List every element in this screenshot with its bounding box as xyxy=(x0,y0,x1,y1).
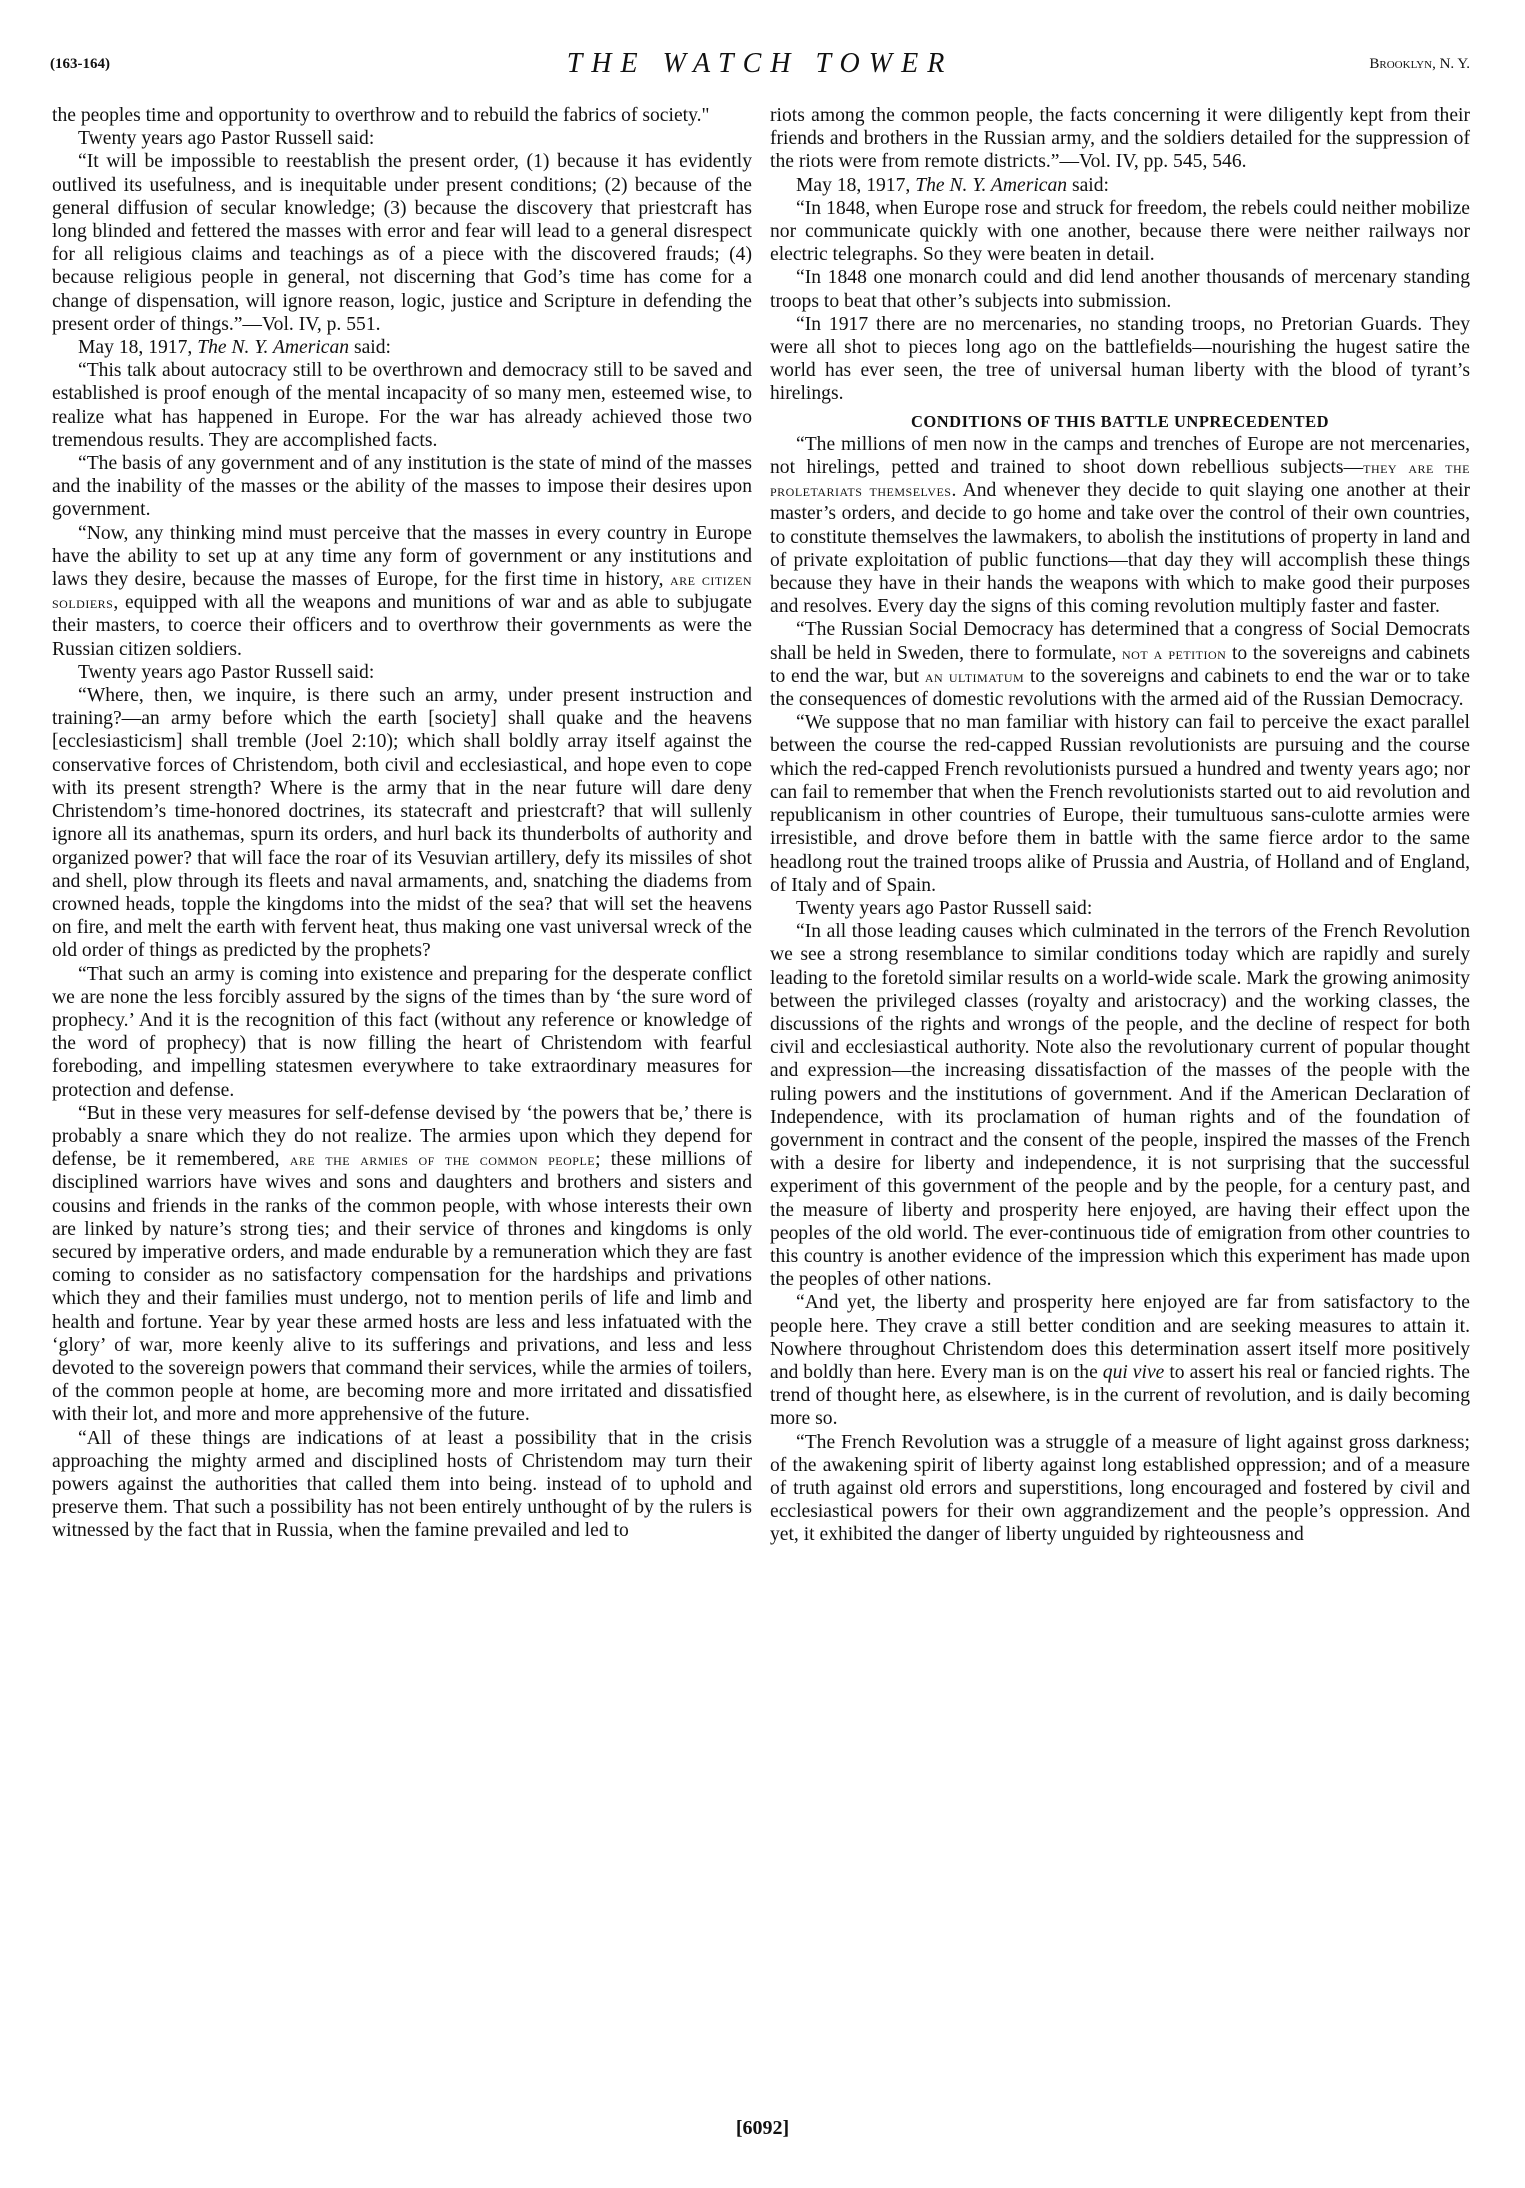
quote-paragraph: “The French Revolution was a struggle of… xyxy=(770,1431,1470,1547)
right-column: riots among the common people, the facts… xyxy=(770,104,1470,1547)
quote-paragraph: “Where, then, we inquire, is there such … xyxy=(52,684,752,962)
text-run: ; these millions of disciplined warriors… xyxy=(52,1149,752,1425)
publication-location: Brooklyn, N. Y. xyxy=(1369,56,1470,73)
emphasis-caps: an ultimatum xyxy=(925,667,1024,686)
italic-phrase: qui vive xyxy=(1103,1362,1165,1383)
date-text: May 18, 1917, xyxy=(796,175,915,196)
quote-paragraph: “But in these very measures for self-def… xyxy=(52,1102,752,1427)
quote-paragraph: “The millions of men now in the camps an… xyxy=(770,433,1470,619)
emphasis-caps: are the armies of the common people xyxy=(290,1150,595,1169)
page-number: [6092] xyxy=(0,2117,1525,2140)
left-column: the peoples time and opportunity to over… xyxy=(52,104,752,1543)
text-run: . And whenever they decide to quit slayi… xyxy=(770,480,1470,617)
quote-paragraph: “All of these things are indications of … xyxy=(52,1427,752,1543)
quote-paragraph: “The basis of any government and of any … xyxy=(52,452,752,522)
section-heading: CONDITIONS OF THIS BATTLE UNPRECEDENTED xyxy=(770,410,1470,433)
text-run: “Now, any thinking mind must perceive th… xyxy=(52,523,752,590)
said-text: said: xyxy=(349,337,391,358)
quote-paragraph: “In 1917 there are no mercenaries, no st… xyxy=(770,313,1470,406)
quote-paragraph: “We suppose that no man familiar with hi… xyxy=(770,711,1470,897)
publication-title: THE WATCH TOWER xyxy=(50,48,1470,80)
source-attribution: May 18, 1917, The N. Y. American said: xyxy=(52,336,752,359)
quote-paragraph: “That such an army is coming into existe… xyxy=(52,963,752,1102)
said-text: said: xyxy=(1067,175,1109,196)
source-attribution: May 18, 1917, The N. Y. American said: xyxy=(770,174,1470,197)
quote-paragraph: “It will be impossible to reestablish th… xyxy=(52,150,752,336)
text-run: , equipped with all the weapons and muni… xyxy=(52,592,752,659)
quote-paragraph: “In all those leading causes which culmi… xyxy=(770,920,1470,1291)
quote-paragraph: “And yet, the liberty and prosperity her… xyxy=(770,1291,1470,1430)
quote-paragraph: “Now, any thinking mind must perceive th… xyxy=(52,522,752,661)
page-header: (163-164) THE WATCH TOWER Brooklyn, N. Y… xyxy=(50,48,1470,88)
paragraph: Twenty years ago Pastor Russell said: xyxy=(52,661,752,684)
paragraph: Twenty years ago Pastor Russell said: xyxy=(52,127,752,150)
paragraph: riots among the common people, the facts… xyxy=(770,104,1470,174)
newspaper-name: The N. Y. American xyxy=(197,337,349,358)
paragraph: the peoples time and opportunity to over… xyxy=(52,104,752,127)
newspaper-name: The N. Y. American xyxy=(915,175,1067,196)
quote-paragraph: “In 1848 one monarch could and did lend … xyxy=(770,266,1470,312)
quote-paragraph: “In 1848, when Europe rose and struck fo… xyxy=(770,197,1470,267)
quote-paragraph: “This talk about autocracy still to be o… xyxy=(52,359,752,452)
date-text: May 18, 1917, xyxy=(78,337,197,358)
quote-paragraph: “The Russian Social Democracy has determ… xyxy=(770,618,1470,711)
paragraph: Twenty years ago Pastor Russell said: xyxy=(770,897,1470,920)
emphasis-caps: not a petition xyxy=(1122,644,1226,663)
